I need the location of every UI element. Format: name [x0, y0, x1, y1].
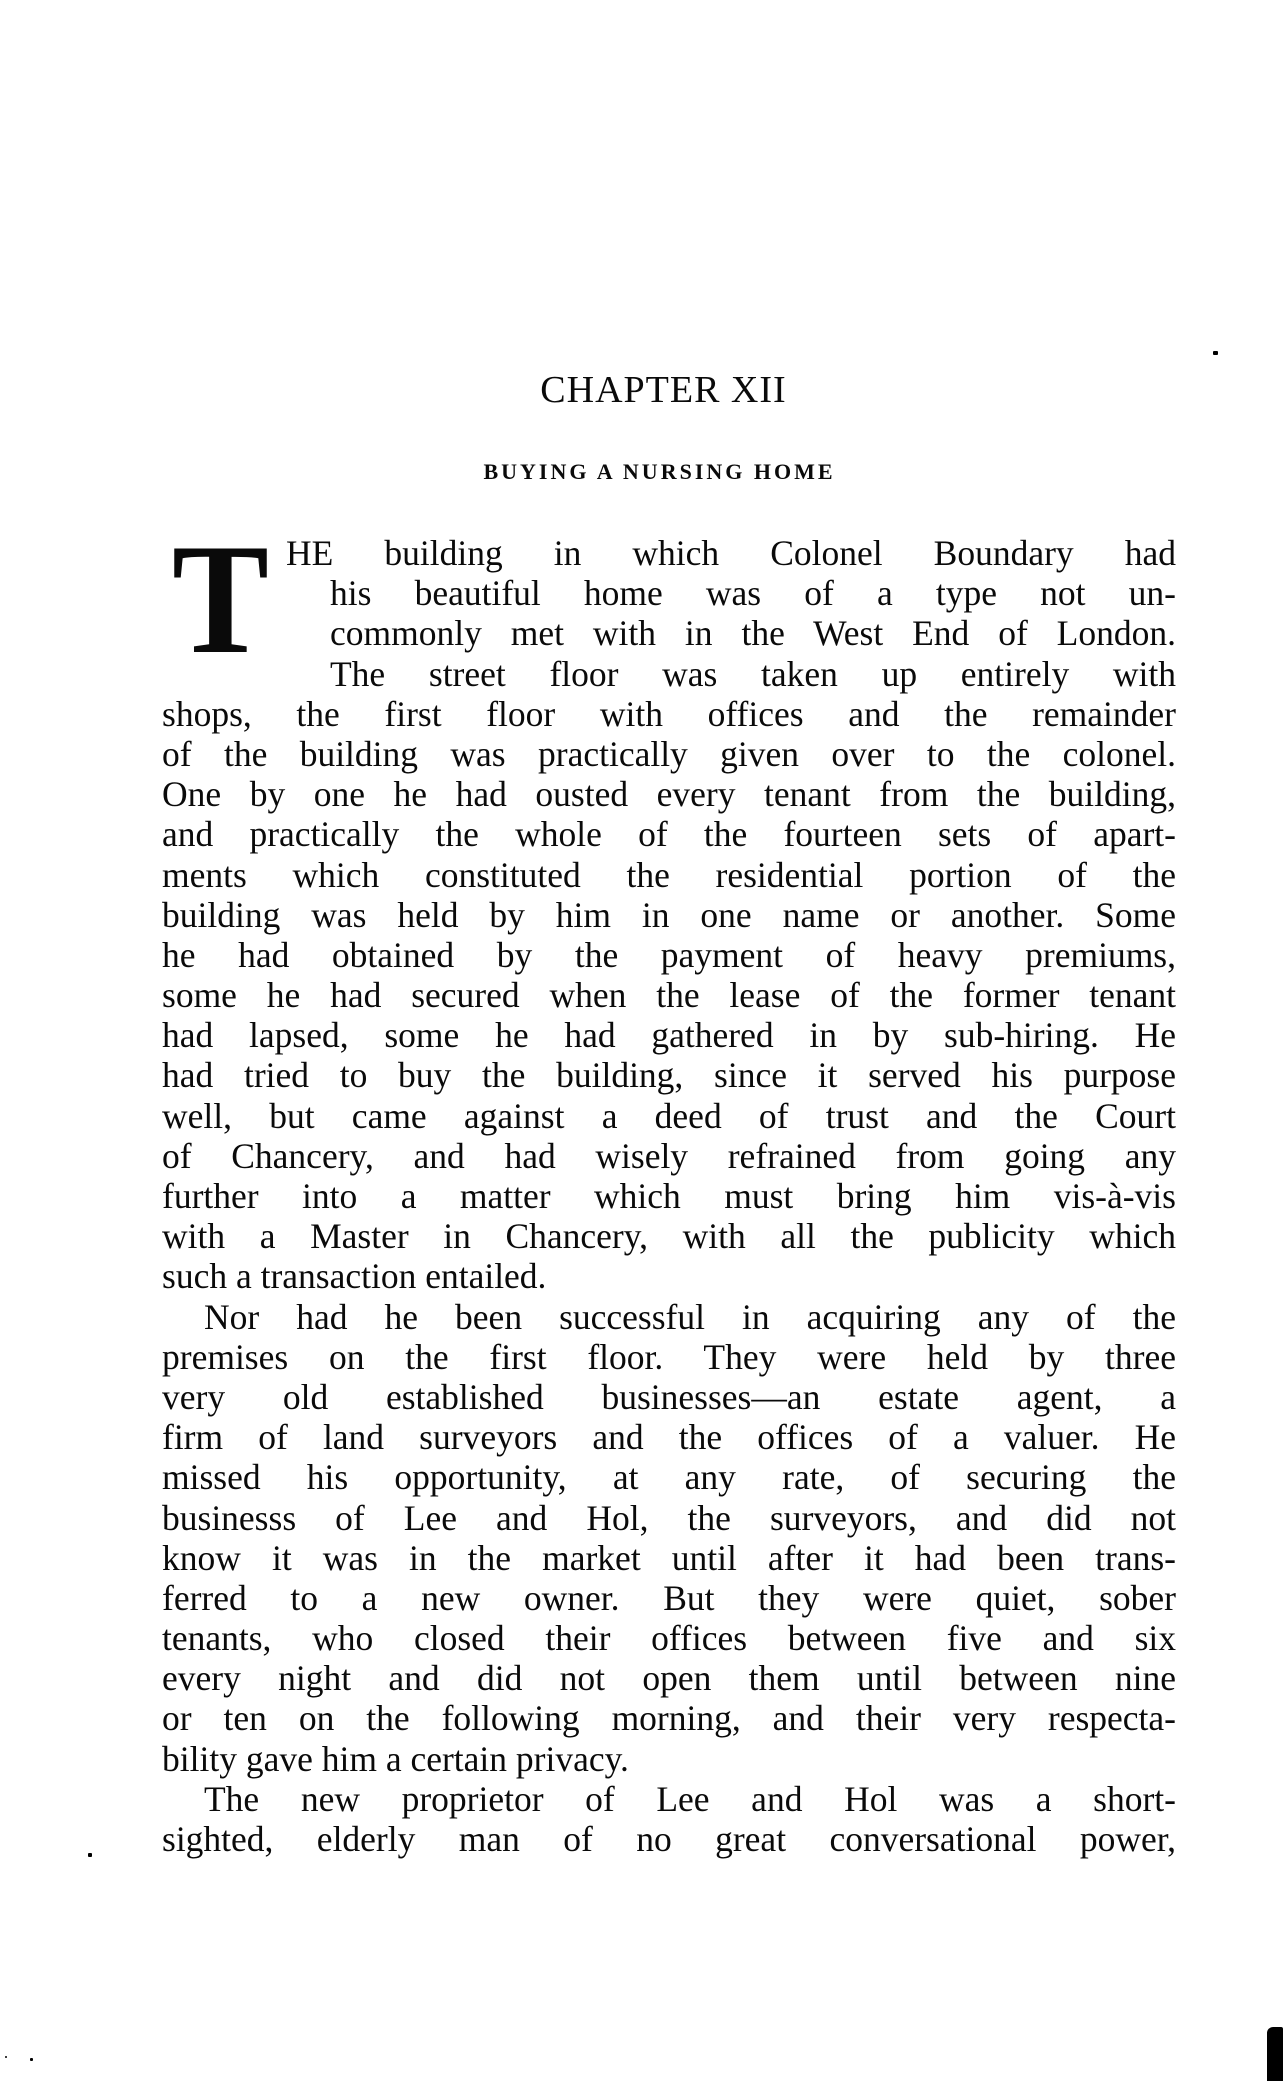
drop-cap: T — [172, 535, 269, 665]
scan-speck — [30, 2058, 33, 2061]
text-line: and practically the whole of the fourtee… — [162, 814, 1176, 854]
text-line: he had obtained by the payment of heavy … — [162, 935, 1176, 975]
scan-speck — [88, 1853, 92, 1857]
text-line: bility gave him a certain privacy. — [162, 1739, 1176, 1779]
text-line: his beautiful home was of a type not un- — [330, 573, 1176, 613]
text-line: very old established businesses—an estat… — [162, 1377, 1176, 1417]
text-line: ments which constituted the residential … — [162, 855, 1176, 895]
text-line: HE building in which Colonel Boundary ha… — [286, 533, 1176, 573]
text-line: every night and did not open them until … — [162, 1658, 1176, 1698]
text-line: know it was in the market until after it… — [162, 1538, 1176, 1578]
text-line: One by one he had ousted every tenant fr… — [162, 774, 1176, 814]
text-line: Nor had he been successful in acquiring … — [204, 1297, 1176, 1337]
text-line: of the building was practically given ov… — [162, 734, 1176, 774]
text-line: firm of land surveyors and the offices o… — [162, 1417, 1176, 1457]
text-line: missed his opportunity, at any rate, of … — [162, 1457, 1176, 1497]
text-line: or ten on the following morning, and the… — [162, 1698, 1176, 1738]
text-line: shops, the first floor with offices and … — [162, 694, 1176, 734]
paragraph-3: The new proprietor of Lee and Hol was a … — [162, 1779, 1176, 1859]
scan-speck — [5, 2056, 7, 2058]
text-line: businesss of Lee and Hol, the surveyors,… — [162, 1498, 1176, 1538]
text-line: ferred to a new owner. But they were qui… — [162, 1578, 1176, 1618]
text-line: sighted, elderly man of no great convers… — [162, 1819, 1176, 1859]
chapter-title: CHAPTER XII — [0, 368, 1287, 412]
chapter-subtitle: BUYING A NURSING HOME — [0, 457, 1287, 487]
text-line: tenants, who closed their offices betwee… — [162, 1618, 1176, 1658]
text-line: with a Master in Chancery, with all the … — [162, 1216, 1176, 1256]
text-line: had tried to buy the building, since it … — [162, 1055, 1176, 1095]
text-line: building was held by him in one name or … — [162, 895, 1176, 935]
paragraph-2: Nor had he been successful in acquiring … — [162, 1297, 1176, 1779]
text-line: had lapsed, some he had gathered in by s… — [162, 1015, 1176, 1055]
text-line: premises on the first floor. They were h… — [162, 1337, 1176, 1377]
paragraph-1: HE building in which Colonel Boundary ha… — [162, 533, 1176, 1297]
text-line: some he had secured when the lease of th… — [162, 975, 1176, 1015]
text-line: further into a matter which must bring h… — [162, 1176, 1176, 1216]
page-edge-mark — [1267, 2027, 1283, 2081]
text-line: well, but came against a deed of trust a… — [162, 1096, 1176, 1136]
text-line: commonly met with in the West End of Lon… — [330, 613, 1176, 653]
text-line: The new proprietor of Lee and Hol was a … — [204, 1779, 1176, 1819]
scan-speck — [1213, 351, 1218, 355]
text-line: The street floor was taken up entirely w… — [330, 654, 1176, 694]
text-line: of Chancery, and had wisely refrained fr… — [162, 1136, 1176, 1176]
chapter-body: T HE building in which Colonel Boundary … — [162, 533, 1176, 1859]
book-page: CHAPTER XII BUYING A NURSING HOME T HE b… — [0, 0, 1287, 2081]
text-line: such a transaction entailed. — [162, 1256, 1176, 1296]
